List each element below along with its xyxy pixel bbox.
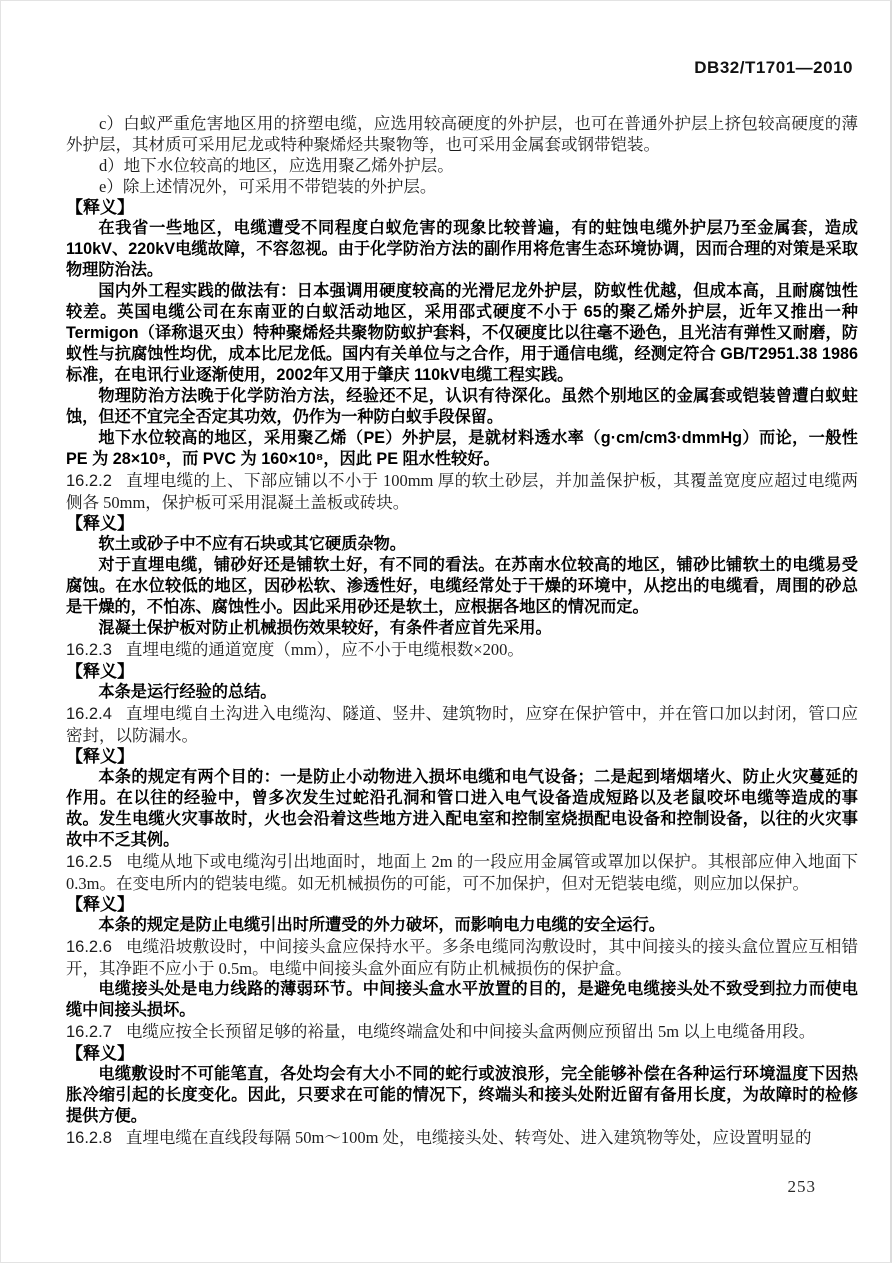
- clause-16-2-5: 16.2.5电缆从地下或电缆沟引出地面时，地面上 2m 的一段应用金属管或罩加以…: [66, 851, 858, 894]
- list-item-paragraph: d）地下水位较高的地区，应选用聚乙烯外护层。: [66, 155, 858, 176]
- interpretation-paragraph: 地下水位较高的地区，采用聚乙烯（PE）外护层，是就材料透水率（g·cm/cm3·…: [66, 428, 858, 470]
- interpretation-paragraph: 在我省一些地区，电缆遭受不同程度白蚁危害的现象比较普遍，有的蛀蚀电缆外护层乃至金…: [66, 218, 858, 281]
- list-item-paragraph: c）白蚁严重危害地区用的挤塑电缆，应选用较高硬度的外护层，也可在普通外护层上挤包…: [66, 113, 858, 155]
- clause-number: 16.2.8: [66, 1129, 112, 1147]
- clause-number: 16.2.4: [66, 705, 112, 723]
- interpretation-paragraph: 混凝土保护板对防止机械损伤效果较好，有条件者应首先采用。: [66, 618, 858, 639]
- interpretation-header: 【释义】: [66, 197, 858, 218]
- clause-16-2-3: 16.2.3直埋电缆的通道宽度（mm），应不小于电缆根数×200。: [66, 639, 858, 661]
- clause-number: 16.2.5: [66, 853, 112, 871]
- interpretation-paragraph: 电缆接头处是电力线路的薄弱环节。中间接头盒水平放置的目的，是避免电缆接头处不致受…: [66, 979, 858, 1021]
- clause-text: 电缆从地下或电缆沟引出地面时，地面上 2m 的一段应用金属管或罩加以保护。其根部…: [66, 852, 858, 893]
- clause-text: 直埋电缆的通道宽度（mm），应不小于电缆根数×200。: [126, 640, 524, 659]
- list-item-paragraph: e）除上述情况外，可采用不带铠装的外护层。: [66, 176, 858, 197]
- document-page: DB32/T1701—2010 c）白蚁严重危害地区用的挤塑电缆，应选用较高硬度…: [0, 0, 892, 1263]
- interpretation-paragraph: 物理防治方法晚于化学防治方法，经验还不足，认识有待深化。虽然个别地区的金属套或铠…: [66, 386, 858, 428]
- interpretation-header: 【释义】: [66, 661, 858, 682]
- clause-number: 16.2.6: [66, 938, 112, 956]
- clause-number: 16.2.2: [66, 472, 112, 490]
- clause-text: 直埋电缆自土沟进入电缆沟、隧道、竖井、建筑物时，应穿在保护管中，并在管口加以封闭…: [66, 704, 858, 745]
- document-body: c）白蚁严重危害地区用的挤塑电缆，应选用较高硬度的外护层，也可在普通外护层上挤包…: [66, 113, 858, 1149]
- clause-16-2-2: 16.2.2直埋电缆的上、下部应铺以不小于 100mm 厚的软土砂层，并加盖保护…: [66, 470, 858, 513]
- clause-text: 直埋电缆的上、下部应铺以不小于 100mm 厚的软土砂层，并加盖保护板，其覆盖宽…: [66, 471, 858, 512]
- clause-number: 16.2.7: [66, 1023, 112, 1041]
- clause-16-2-6: 16.2.6电缆沿坡敷设时，中间接头盒应保持水平。多条电缆同沟敷设时，其中间接头…: [66, 936, 858, 979]
- interpretation-header: 【释义】: [66, 1043, 858, 1064]
- clause-text: 电缆沿坡敷设时，中间接头盒应保持水平。多条电缆同沟敷设时，其中间接头的接头盒位置…: [66, 937, 858, 978]
- clause-text: 电缆应按全长预留足够的裕量，电缆终端盒处和中间接头盒两侧应预留出 5m 以上电缆…: [126, 1022, 815, 1041]
- clause-number: 16.2.3: [66, 641, 112, 659]
- interpretation-header: 【释义】: [66, 513, 858, 534]
- page-number: 253: [66, 1177, 816, 1197]
- clause-16-2-4: 16.2.4直埋电缆自土沟进入电缆沟、隧道、竖井、建筑物时，应穿在保护管中，并在…: [66, 703, 858, 746]
- interpretation-header: 【释义】: [66, 746, 858, 767]
- interpretation-paragraph: 国内外工程实践的做法有：日本强调用硬度较高的光滑尼龙外护层，防蚁性优越，但成本高…: [66, 281, 858, 386]
- interpretation-header: 【释义】: [66, 894, 858, 915]
- interpretation-paragraph: 本条是运行经验的总结。: [66, 682, 858, 703]
- clause-16-2-7: 16.2.7电缆应按全长预留足够的裕量，电缆终端盒处和中间接头盒两侧应预留出 5…: [66, 1021, 858, 1043]
- interpretation-paragraph: 电缆敷设时不可能笔直，各处均会有大小不同的蛇行或波浪形，完全能够补偿在各种运行环…: [66, 1064, 858, 1127]
- interpretation-paragraph: 本条的规定是防止电缆引出时所遭受的外力破坏，而影响电力电缆的安全运行。: [66, 915, 858, 936]
- interpretation-paragraph: 对于直埋电缆，铺砂好还是铺软土好，有不同的看法。在苏南水位较高的地区，铺砂比铺软…: [66, 555, 858, 618]
- interpretation-paragraph: 本条的规定有两个目的：一是防止小动物进入损坏电缆和电气设备；二是起到堵烟堵火、防…: [66, 767, 858, 851]
- interpretation-paragraph: 软土或砂子中不应有石块或其它硬质杂物。: [66, 534, 858, 555]
- clause-16-2-8: 16.2.8直埋电缆在直线段每隔 50m～100m 处，电缆接头处、转弯处、进入…: [66, 1127, 858, 1149]
- clause-text: 直埋电缆在直线段每隔 50m～100m 处，电缆接头处、转弯处、进入建筑物等处，…: [126, 1128, 812, 1147]
- standard-number-header: DB32/T1701—2010: [66, 58, 853, 78]
